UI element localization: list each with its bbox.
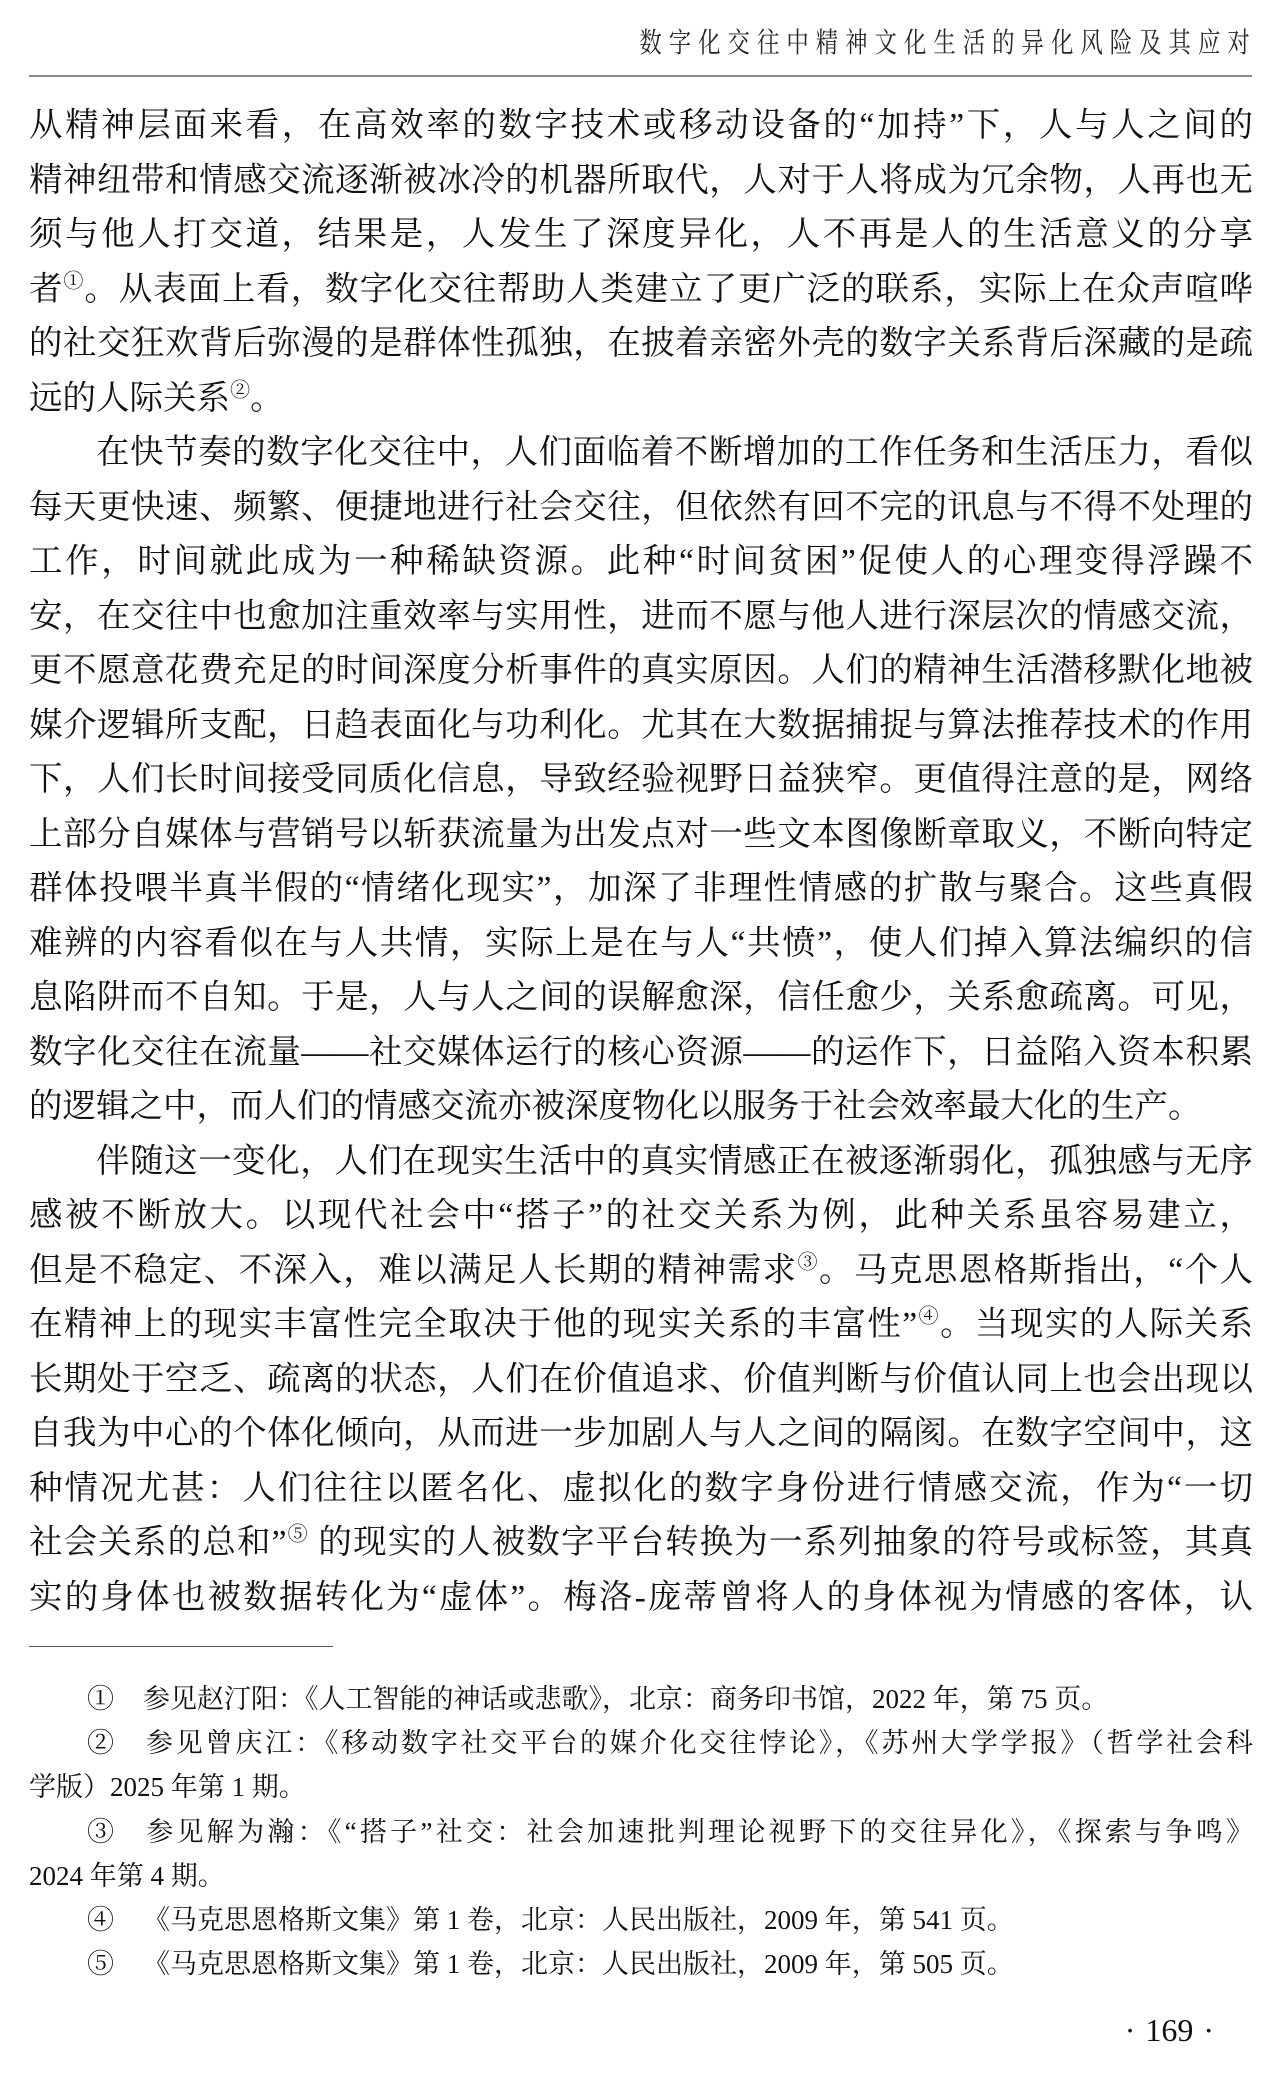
footnote-reference: ② xyxy=(230,379,250,401)
body-line: 社会关系的总和”⑤ 的现实的人被数字平台转换为一系列抽象的符号或标签，其真 xyxy=(29,1516,1253,1571)
paragraph: 伴随这一变化，人们在现实生活中的真实情感正在被逐渐弱化，孤独感与无序 感被不断放… xyxy=(29,1135,1253,1626)
page-number-left-dot: · xyxy=(1125,2012,1136,2048)
line-text: 但是不稳定、不深入，难以满足人长期的精神需求 xyxy=(29,1252,797,1289)
footnote-text: 参见曾庆江：《移动数字社交平台的媒介化交往悖论》，《苏州大学学报》（哲学社会科 xyxy=(143,1728,1253,1758)
body-line: 每天更快速、频繁、便捷地进行社会交往，但依然有回不完的讯息与不得不处理的 xyxy=(29,481,1253,536)
footnote-line: ⑤《马克思恩格斯文集》第 1 卷，北京：人民出版社，2009 年，第 505 页… xyxy=(29,1942,1253,1986)
footnote-text: 《马克思恩格斯文集》第 1 卷，北京：人民出版社，2009 年，第 505 页。 xyxy=(143,1949,1014,1979)
body-line: 安，在交往中也愈加注重效率与实用性，进而不愿与他人进行深层次的情感交流， xyxy=(29,590,1253,645)
footnote-item: ②参见曾庆江：《移动数字社交平台的媒介化交往悖论》，《苏州大学学报》（哲学社会科… xyxy=(29,1721,1253,1809)
footnote-marker: ① xyxy=(87,1677,143,1721)
body-line: 工作，时间就此成为一种稀缺资源。此种“时间贫困”促使人的心理变得浮躁不 xyxy=(29,535,1253,590)
body-line: 种情况尤甚：人们往往以匿名化、虚拟化的数字身份进行情感交流，作为“一切 xyxy=(29,1462,1253,1517)
body-line: 在精神上的现实丰富性完全取决于他的现实关系的丰富性”④。当现实的人际关系 xyxy=(29,1298,1253,1353)
body-line: 数字化交往在流量——社交媒体运行的核心资源——的运作下，日益陷入资本积累 xyxy=(29,1026,1253,1081)
page-number: ·169· xyxy=(1115,2010,1224,2050)
footnote-line: ④《马克思恩格斯文集》第 1 卷，北京：人民出版社，2009 年，第 541 页… xyxy=(29,1898,1253,1942)
footnote-marker: ⑤ xyxy=(87,1942,143,1986)
line-text: 。从表面上看，数字化交往帮助人类建立了更广泛的联系，实际上在众声喧哗 xyxy=(84,271,1253,308)
body-line: 精神纽带和情感交流逐渐被冰冷的机器所取代，人对于人将成为冗余物，人再也无 xyxy=(29,154,1253,209)
body-line: 长期处于空乏、疏离的状态，人们在价值追求、价值判断与价值认同上也会出现以 xyxy=(29,1353,1253,1408)
body-line: 更不愿意花费充足的时间深度分析事件的真实原因。人们的精神生活潜移默化地被 xyxy=(29,644,1253,699)
footnote-line: ①参见赵汀阳：《人工智能的神话或悲歌》，北京：商务印书馆，2022 年，第 75… xyxy=(29,1677,1253,1721)
line-text: 社会关系的总和” xyxy=(29,1524,286,1561)
footnote-item: ④《马克思恩格斯文集》第 1 卷，北京：人民出版社，2009 年，第 541 页… xyxy=(29,1898,1253,1942)
body-line: 须与他人打交道，结果是，人发生了深度异化，人不再是人的生活意义的分享 xyxy=(29,208,1253,263)
body-line: 群体投喂半真半假的“情绪化现实”，加深了非理性情感的扩散与聚合。这些真假 xyxy=(29,862,1253,917)
body-line: 媒介逻辑所支配，日趋表面化与功利化。尤其在大数据捕捉与算法推荐技术的作用 xyxy=(29,699,1253,754)
footnote-reference: ③ xyxy=(797,1251,819,1273)
footnote-reference: ① xyxy=(63,270,84,292)
footnote-text: 参见赵汀阳：《人工智能的神话或悲歌》，北京：商务印书馆，2022 年，第 75 … xyxy=(143,1684,1108,1714)
footnote-reference: ④ xyxy=(917,1306,940,1328)
footnote-line: ③参见解为瀚：《“搭子”社交：社会加速批判理论视野下的交往异化》，《探索与争鸣》 xyxy=(29,1810,1253,1854)
body-text: 从精神层面来看，在高效率的数字技术或移动设备的“加持”下，人与人之间的 精神纽带… xyxy=(29,99,1253,1625)
body-line: 下，人们长时间接受同质化信息，导致经验视野日益狭窄。更值得注意的是，网络 xyxy=(29,753,1253,808)
journal-page: 数字化交往中精神文化生活的异化风险及其应对 从精神层面来看，在高效率的数字技术或… xyxy=(0,0,1280,2074)
header-rule xyxy=(29,75,1252,77)
footnote-marker: ③ xyxy=(87,1810,143,1854)
body-line: 难辨的内容看似在与人共情，实际上是在与人“共愤”，使人们掉入算法编织的信 xyxy=(29,917,1253,972)
footnote-item: ③参见解为瀚：《“搭子”社交：社会加速批判理论视野下的交往异化》，《探索与争鸣》… xyxy=(29,1810,1253,1898)
body-line: 上部分自媒体与营销号以斩获流量为出发点对一些文本图像断章取义，不断向特定 xyxy=(29,808,1253,863)
footnote-reference: ⑤ xyxy=(286,1524,308,1546)
footnote-line: 2024 年第 4 期。 xyxy=(29,1854,1253,1898)
footnote-marker: ④ xyxy=(87,1898,143,1942)
body-line: 者①。从表面上看，数字化交往帮助人类建立了更广泛的联系，实际上在众声喧哗 xyxy=(29,263,1253,318)
footnote-text: 《马克思恩格斯文集》第 1 卷，北京：人民出版社，2009 年，第 541 页。 xyxy=(143,1905,1014,1935)
body-line: 感被不断放大。以现代社会中“搭子”的社交关系为例，此种关系虽容易建立， xyxy=(29,1189,1253,1244)
footnote-line: 学版）2025 年第 1 期。 xyxy=(29,1765,1253,1809)
page-number-right-dot: · xyxy=(1203,2012,1214,2048)
line-text: 。马克思恩格斯指出，“个人 xyxy=(819,1252,1253,1289)
body-line: 息陷阱而不自知。于是，人与人之间的误解愈深，信任愈少，关系愈疏离。可见， xyxy=(29,971,1253,1026)
footnote-item: ⑤《马克思恩格斯文集》第 1 卷，北京：人民出版社，2009 年，第 505 页… xyxy=(29,1942,1253,1986)
body-line: 但是不稳定、不深入，难以满足人长期的精神需求③。马克思恩格斯指出，“个人 xyxy=(29,1244,1253,1299)
body-line: 从精神层面来看，在高效率的数字技术或移动设备的“加持”下，人与人之间的 xyxy=(29,99,1253,154)
footnote-text: 参见解为瀚：《“搭子”社交：社会加速批判理论视野下的交往异化》，《探索与争鸣》 xyxy=(143,1817,1253,1847)
line-text: 远的人际关系 xyxy=(29,380,230,417)
line-text: 者 xyxy=(29,271,63,308)
line-text: 。 xyxy=(250,380,284,417)
body-line: 远的人际关系②。 xyxy=(29,372,1253,427)
body-line: 伴随这一变化，人们在现实生活中的真实情感正在被逐渐弱化，孤独感与无序 xyxy=(29,1135,1253,1190)
footnote-line: ②参见曾庆江：《移动数字社交平台的媒介化交往悖论》，《苏州大学学报》（哲学社会科 xyxy=(29,1721,1253,1765)
body-line: 的逻辑之中，而人们的情感交流亦被深度物化以服务于社会效率最大化的生产。 xyxy=(29,1080,1253,1135)
body-line: 在快节奏的数字化交往中，人们面临着不断增加的工作任务和生活压力，看似 xyxy=(29,426,1253,481)
body-line: 自我为中心的个体化倾向，从而进一步加剧人与人之间的隔阂。在数字空间中，这 xyxy=(29,1407,1253,1462)
line-text: 的现实的人被数字平台转换为一系列抽象的符号或标签，其真 xyxy=(309,1524,1253,1561)
body-line: 实的身体也被数据转化为“虚体”。梅洛-庞蒂曾将人的身体视为情感的客体，认 xyxy=(29,1571,1253,1626)
footnote-item: ①参见赵汀阳：《人工智能的神话或悲歌》，北京：商务印书馆，2022 年，第 75… xyxy=(29,1677,1253,1721)
footnote-separator xyxy=(29,1646,333,1647)
line-text: 在精神上的现实丰富性完全取决于他的现实关系的丰富性” xyxy=(29,1306,917,1343)
running-header-title: 数字化交往中精神文化生活的异化风险及其应对 xyxy=(640,28,1257,60)
paragraph: 在快节奏的数字化交往中，人们面临着不断增加的工作任务和生活压力，看似 每天更快速… xyxy=(29,426,1253,1135)
page-number-value: 169 xyxy=(1145,2012,1193,2048)
line-text: 。当现实的人际关系 xyxy=(940,1306,1253,1343)
body-line: 的社交狂欢背后弥漫的是群体性孤独，在披着亲密外壳的数字关系背后深藏的是疏 xyxy=(29,317,1253,372)
footnotes: ①参见赵汀阳：《人工智能的神话或悲歌》，北京：商务印书馆，2022 年，第 75… xyxy=(29,1677,1253,1986)
paragraph: 从精神层面来看，在高效率的数字技术或移动设备的“加持”下，人与人之间的 精神纽带… xyxy=(29,99,1253,426)
footnote-marker: ② xyxy=(87,1721,143,1765)
